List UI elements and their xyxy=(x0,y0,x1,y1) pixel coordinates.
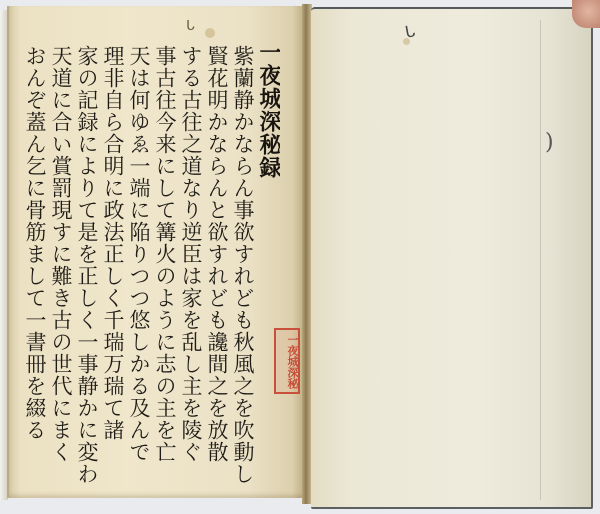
paper-stain xyxy=(205,28,215,38)
text-column: 家の記録によりて是を正しく一事静かに変わり xyxy=(75,45,98,485)
open-book: ᒐ ) ᒐ 一夜城深秘録 紫蘭静かならん事欲すれども秋風之を吹動し 賢花明かなら… xyxy=(0,0,600,514)
page-mark-paren: ) xyxy=(545,130,554,155)
right-page-blank xyxy=(311,7,593,509)
text-column: 賢花明かならんと欲すれども讒間之を放散 xyxy=(205,45,228,485)
text-column: する古往之道なり逆臣は家を乱し主を陵ぐ xyxy=(179,45,202,485)
paper-stain xyxy=(403,38,410,45)
red-seal-stamp: 一夜城深秘 xyxy=(274,328,300,394)
text-column: 天は何ゆゑ一端に陥りつつ悠しかる及んで xyxy=(127,45,150,485)
left-page-mark: ᒐ xyxy=(186,18,195,34)
manuscript-text: 一夜城深秘録 紫蘭静かならん事欲すれども秋風之を吹動し 賢花明かならんと欲すれど… xyxy=(20,45,280,485)
text-column: おんぞ蓋ん乞に骨筋まして一書冊を綴る xyxy=(23,45,46,485)
holding-thumb xyxy=(572,0,600,28)
text-column: 事古往今来にして篝火のように志の主を亡 xyxy=(153,45,176,485)
text-column: 天道に合い賞罰現すに難き古の世代にまく xyxy=(49,45,72,485)
manuscript-title: 一夜城深秘録 xyxy=(257,41,280,481)
text-column: 紫蘭静かならん事欲すれども秋風之を吹動し xyxy=(231,45,254,485)
text-column: 理非自ら合明に政法正しく千瑞万瑞て諸 xyxy=(101,45,124,485)
paper-fold-line xyxy=(540,20,541,500)
